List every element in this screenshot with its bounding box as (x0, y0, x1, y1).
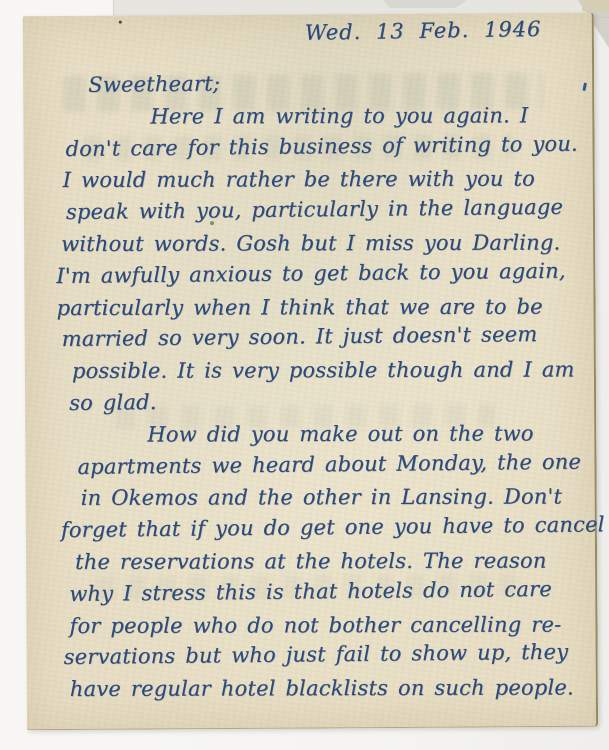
background-sheet-edge (383, 0, 467, 8)
letter-line: How did you make out on the two (147, 418, 603, 451)
background-corner-patch (582, 0, 609, 11)
letter-line: don't care for this business of writing … (65, 128, 601, 165)
letter-page: Wed. 13 Feb. 1946 Sweetheart; Here I am … (23, 13, 598, 730)
letter-body: Sweetheart; Here I am writing to you aga… (61, 67, 605, 706)
date-line: Wed. 13 Feb. 1946 (305, 17, 542, 45)
letter-line: I'm awfully anxious to get back to you a… (56, 255, 602, 293)
letter-line: why I stress this is that hotels do not … (69, 573, 604, 610)
letter-line: so glad. (69, 382, 603, 419)
letter-line: apartments we heard about Monday, the on… (77, 446, 603, 483)
salutation: Sweetheart; (88, 64, 601, 101)
paper-speck (119, 21, 122, 24)
paper-speck-green (210, 221, 214, 225)
letter-line: have regular hotel blacklists on such pe… (70, 673, 605, 706)
letter-line: forget that if you do get one you have t… (61, 509, 604, 546)
letter-line: speak with you, particularly in the lang… (66, 192, 602, 229)
letter-line: servations but who just fail to show up,… (64, 637, 605, 674)
letter-line: married so very soon. It just doesn't se… (62, 319, 603, 356)
